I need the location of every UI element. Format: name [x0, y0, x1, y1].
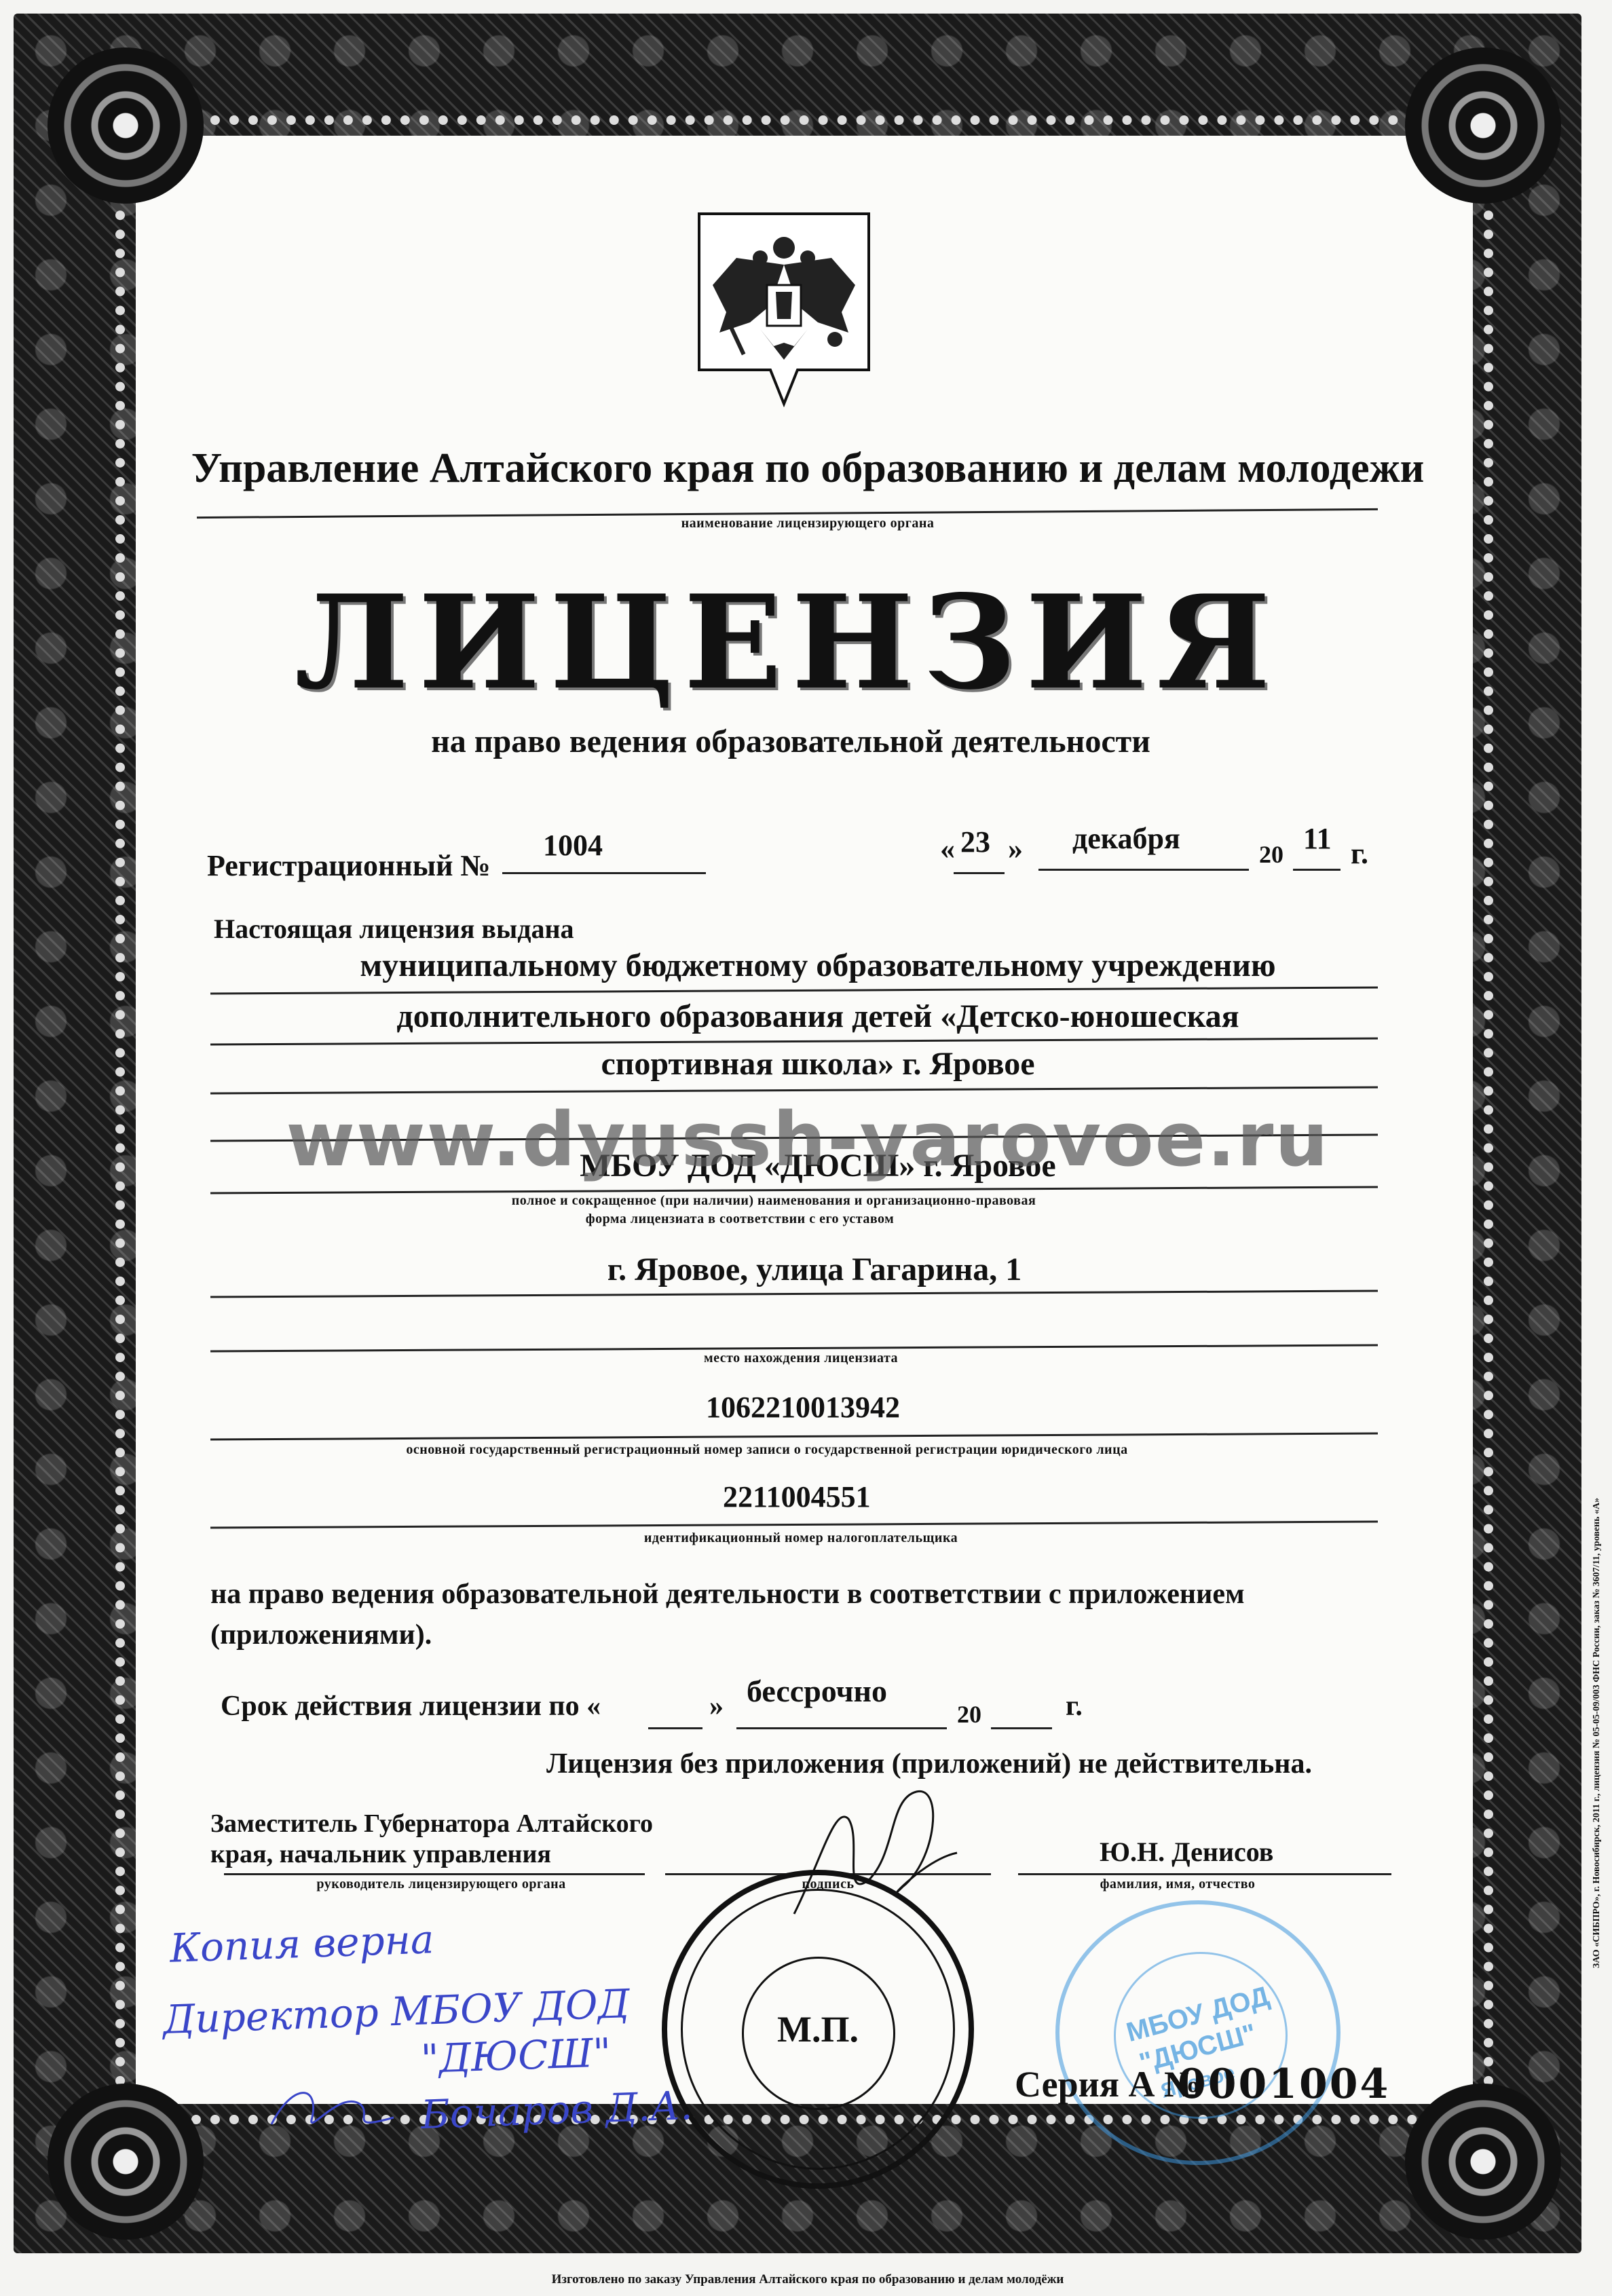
term-day-underline — [648, 1727, 702, 1729]
corner-ornament-bottom-right — [1405, 2084, 1561, 2240]
year-suffix: г. — [1351, 836, 1368, 871]
issued-to-label: Настоящая лицензия выдана — [214, 913, 574, 945]
validity-note: Лицензия без приложения (приложений) не … — [546, 1748, 1312, 1780]
seal-center-text: М.П. — [777, 2008, 859, 2050]
term-label: Срок действия лицензии по « — [221, 1690, 601, 1723]
registration-label: Регистрационный № — [207, 848, 491, 883]
handwriting-certified-copy: Копия верна — [169, 1916, 434, 1972]
document-subtitle: на право ведения образовательной деятель… — [431, 723, 1150, 760]
licensee-full-line-2: дополнительного образования детей «Детск… — [396, 998, 1239, 1035]
document-title: ЛИЦЕНЗИЯ — [295, 567, 1280, 718]
licensee-caption-1: полное и сокращенное (при наличии) наиме… — [512, 1193, 1036, 1209]
printer-imprint: ЗАО «СИБПРО», г. Новосибирск, 2011 г., л… — [1592, 1498, 1602, 1968]
term-quote-close: » — [709, 1690, 724, 1723]
inn-caption: идентификационный номер налогоплательщик… — [644, 1530, 958, 1546]
issuer-name: Управление Алтайского края по образовани… — [191, 445, 1425, 493]
licensee-full-line-3: спортивная школа» г. Яровое — [601, 1045, 1034, 1083]
corner-ornament-top-right — [1405, 48, 1561, 204]
scope-line-1: на право ведения образовательной деятель… — [210, 1578, 1245, 1611]
position-caption: руководитель лицензирующего органа — [316, 1877, 565, 1892]
coat-of-arms-icon — [696, 210, 872, 407]
position-underline — [224, 1873, 645, 1875]
registration-month: декабря — [1072, 821, 1180, 856]
website-watermark: www.dyussh-yarovoe.ru — [286, 1096, 1329, 1183]
registration-number: 1004 — [543, 828, 603, 863]
handwriting-name: Бочаров Д.А. — [420, 2082, 694, 2138]
signatory-position-2: края, начальник управления — [210, 1839, 551, 1869]
corner-ornament-top-left — [48, 48, 204, 204]
month-underline — [1038, 869, 1249, 871]
name-caption: фамилия, имя, отчество — [1100, 1877, 1256, 1892]
term-value: бессрочно — [747, 1673, 887, 1709]
registration-day: 23 — [960, 825, 990, 859]
term-year-prefix: 20 — [957, 1700, 981, 1729]
year-prefix: 20 — [1259, 840, 1283, 869]
licensee-full-line-1: муниципальному бюджетному образовательно… — [360, 947, 1275, 984]
inn-value: 2211004551 — [723, 1480, 871, 1514]
official-seal: М.П. — [662, 1870, 974, 2189]
term-year-underline — [991, 1727, 1052, 1729]
date-quote-close: » — [1008, 831, 1023, 866]
organization-stamp: МБОУ ДОД "ДЮСШ" Яровое — [1055, 1900, 1341, 2165]
issuer-caption: наименование лицензирующего органа — [681, 516, 935, 531]
registration-number-underline — [502, 872, 706, 874]
day-underline — [954, 872, 1005, 874]
year-underline — [1293, 869, 1341, 871]
address-caption: место нахождения лицензиата — [704, 1351, 898, 1366]
footer-imprint: Изготовлено по заказу Управления Алтайск… — [552, 2272, 1064, 2287]
term-value-underline — [736, 1727, 947, 1729]
ogrn-value: 1062210013942 — [706, 1390, 900, 1425]
signatory-position-1: Заместитель Губернатора Алтайского — [210, 1809, 653, 1839]
ogrn-caption: основной государственный регистрационный… — [406, 1442, 1127, 1458]
licensee-address: г. Яровое, улица Гагарина, 1 — [607, 1251, 1022, 1288]
series-number: 0001004 — [1178, 2060, 1390, 2108]
handwritten-signature-icon — [265, 2077, 400, 2145]
signatory-name: Ю.Н. Денисов — [1100, 1836, 1273, 1868]
licensee-caption-2: форма лицензиата в соответствии с его ус… — [586, 1211, 895, 1227]
handwriting-school: "ДЮСШ" — [420, 2029, 612, 2082]
scope-line-2: (приложениями). — [210, 1619, 432, 1651]
date-quote-open: « — [940, 831, 955, 866]
registration-year: 11 — [1303, 821, 1332, 856]
corner-ornament-bottom-left — [48, 2084, 204, 2240]
series-label: Серия А № — [1015, 2063, 1201, 2105]
term-year-suffix: г. — [1066, 1690, 1083, 1723]
name-underline — [1018, 1873, 1391, 1875]
